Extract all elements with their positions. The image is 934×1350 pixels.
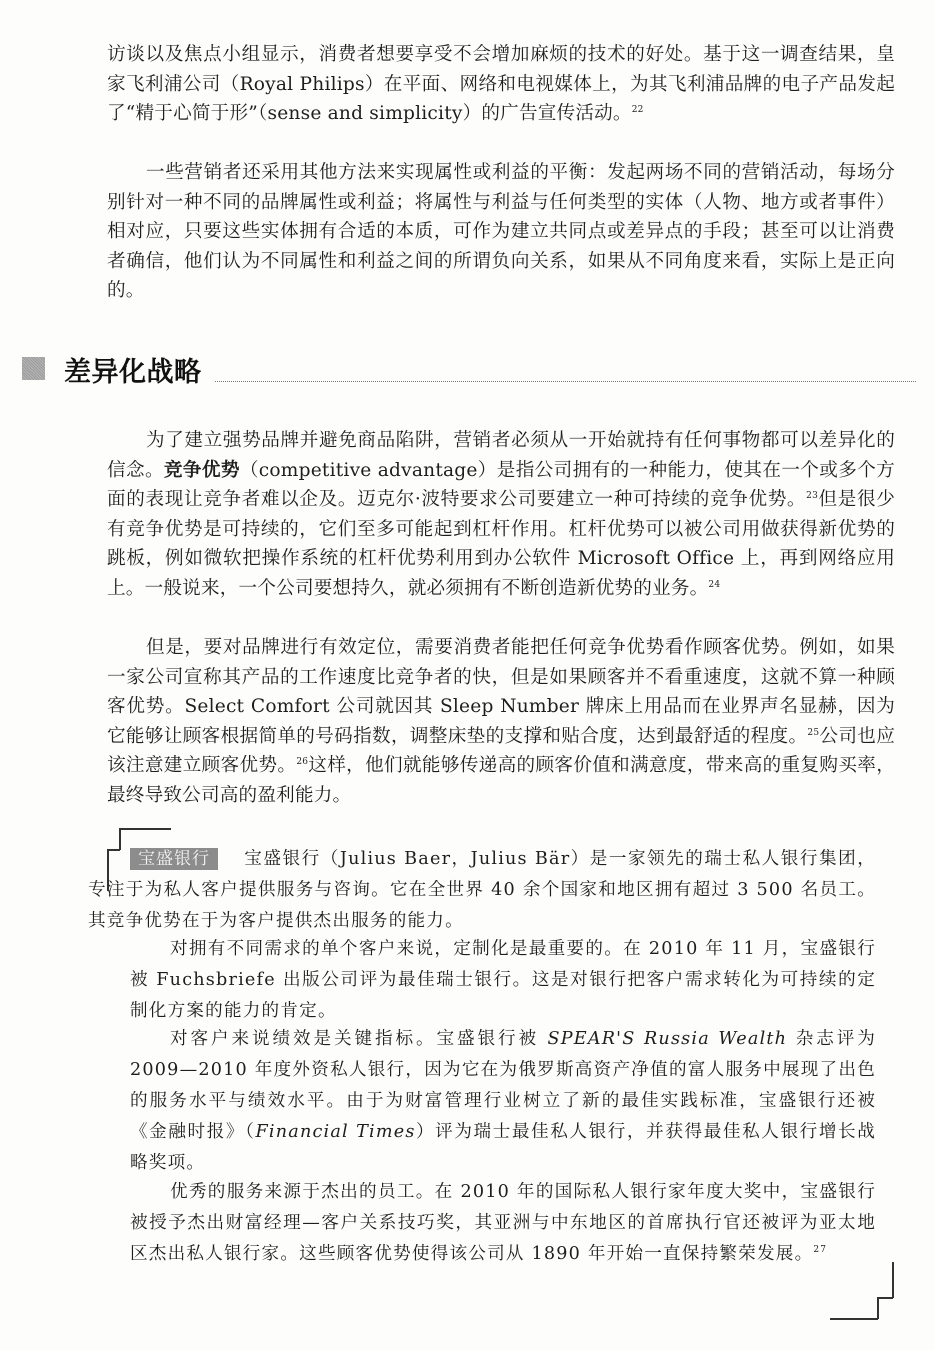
footnote-ref[interactable]: 25 — [807, 728, 819, 738]
section-paragraph-1: 为了建立强势品牌并避免商品陷阱，营销者必须从一开始就持有任何事物都可以差异化的信… — [107, 426, 895, 604]
bracket-bottom-line — [830, 1318, 878, 1320]
paragraph-text: 但是，要对品牌进行有效定位，需要消费者能把任何竞争优势看作顾客优势。例如，如果一… — [107, 637, 895, 747]
paragraph-text: 一些营销者还采用其他方法来实现属性或利益的平衡：发起两场不同的营销活动，每场分别… — [107, 162, 895, 301]
heading-square-icon — [22, 357, 45, 380]
newspaper-title: Financial Times — [256, 1122, 416, 1142]
intro-paragraph-2: 一些营销者还采用其他方法来实现属性或利益的平衡：发起两场不同的营销活动，每场分别… — [107, 158, 895, 306]
bracket-top-line — [119, 828, 171, 830]
footnote-ref[interactable]: 23 — [806, 491, 818, 501]
case-paragraph-3: 对客户来说绩效是关键指标。宝盛银行被 SPEAR'S Russia Wealth… — [130, 1024, 876, 1179]
bracket-step-line — [877, 1297, 879, 1319]
paragraph-text: 对客户来说绩效是关键指标。宝盛银行被 — [170, 1029, 548, 1049]
heading-dotted-rule — [215, 381, 916, 382]
bracket-step-line — [877, 1297, 893, 1299]
paragraph-text: 优秀的服务来源于杰出的员工。在 2010 年的国际私人银行家年度大奖中，宝盛银行… — [130, 1182, 876, 1264]
section-title: 差异化战略 — [64, 350, 202, 389]
footnote-ref[interactable]: 22 — [632, 105, 644, 115]
case-paragraph-1: 宝盛银行宝盛银行（Julius Baer，Julius Bär）是一家领先的瑞士… — [88, 844, 876, 937]
intro-paragraph-1: 访谈以及焦点小组显示，消费者想要享受不会增加麻烦的技术的好处。基于这一调查结果，… — [107, 40, 895, 129]
footnote-ref[interactable]: 27 — [813, 1245, 827, 1255]
paragraph-text: 对拥有不同需求的单个客户来说，定制化是最重要的。在 2010 年 11 月，宝盛… — [130, 939, 876, 1021]
footnote-ref[interactable]: 26 — [296, 757, 308, 767]
magazine-title: SPEAR'S Russia Wealth — [548, 1029, 788, 1049]
case-badge: 宝盛银行 — [130, 848, 218, 870]
section-heading: 差异化战略 — [22, 352, 916, 388]
key-term: 竞争优势 — [164, 460, 240, 481]
paragraph-text: 访谈以及焦点小组显示，消费者想要享受不会增加麻烦的技术的好处。基于这一调查结果，… — [107, 44, 895, 124]
case-paragraph-2: 对拥有不同需求的单个客户来说，定制化是最重要的。在 2010 年 11 月，宝盛… — [130, 934, 876, 1027]
case-paragraph-4: 优秀的服务来源于杰出的员工。在 2010 年的国际私人银行家年度大奖中，宝盛银行… — [130, 1177, 876, 1270]
bracket-right-line — [892, 1262, 894, 1298]
section-paragraph-2: 但是，要对品牌进行有效定位，需要消费者能把任何竞争优势看作顾客优势。例如，如果一… — [107, 633, 895, 811]
footnote-ref[interactable]: 24 — [708, 580, 720, 590]
